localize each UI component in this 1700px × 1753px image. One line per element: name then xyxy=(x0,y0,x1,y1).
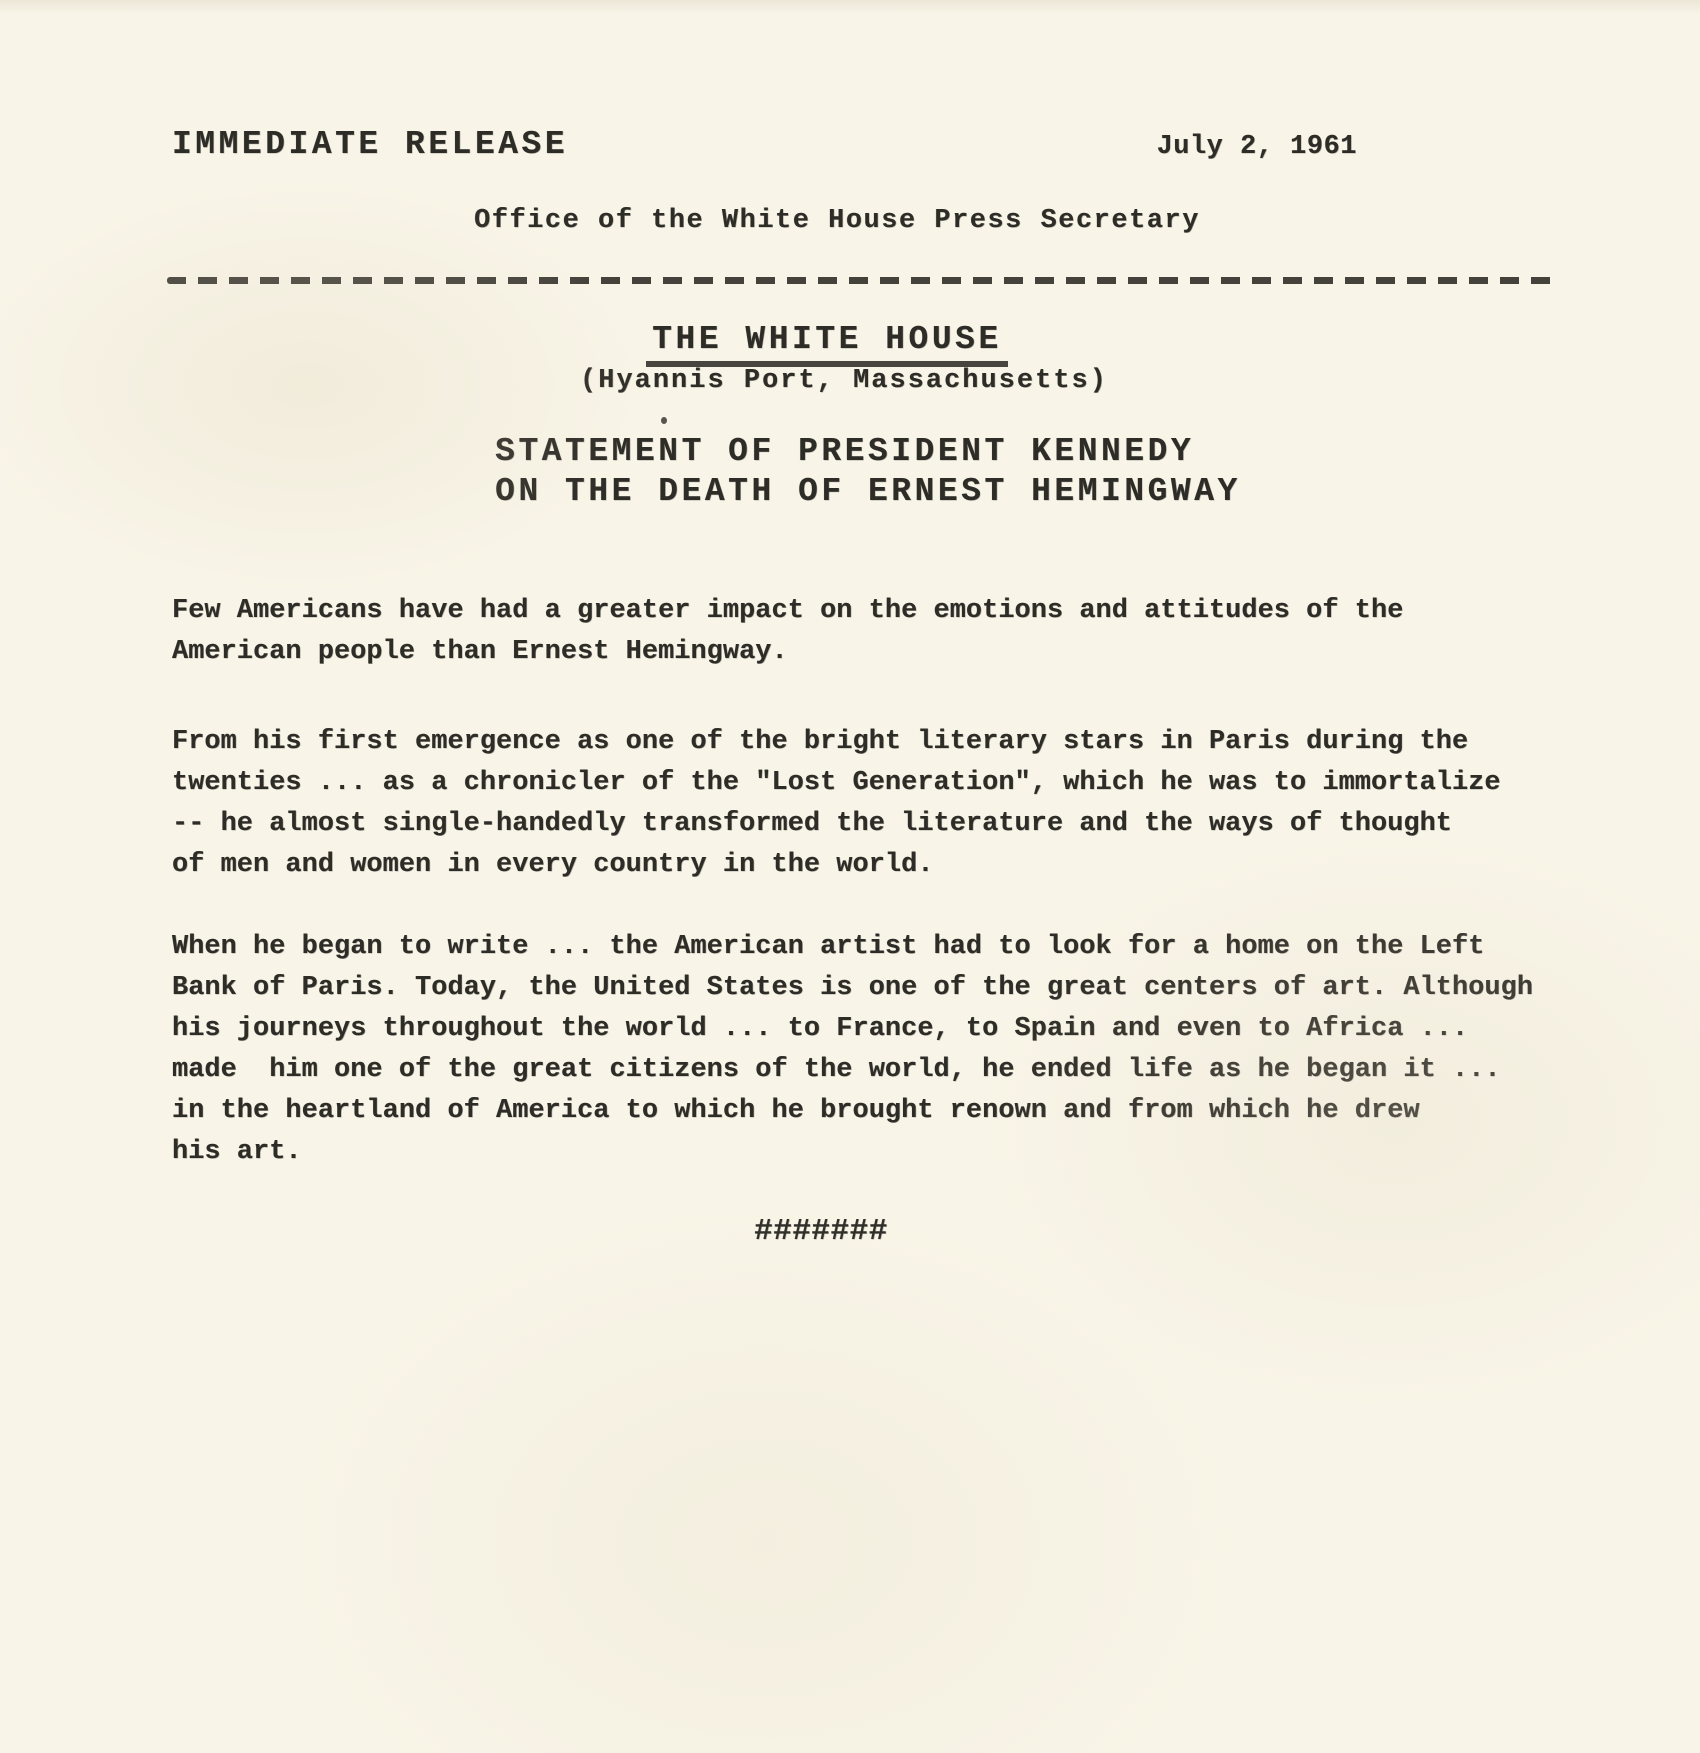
stray-ink-dot xyxy=(661,417,667,424)
statement-title-row: STATEMENT OF PRESIDENT KENNEDY ON THE DE… xyxy=(170,432,1530,512)
end-mark-row: ####### xyxy=(170,1216,1530,1247)
paragraph-2: From his first emergence as one of the b… xyxy=(172,722,1572,886)
location-subtitle: (Hyannis Port, Massachusetts) xyxy=(164,368,1524,395)
paragraph-3: When he began to write ... the American … xyxy=(172,927,1572,1173)
immediate-release-label: IMMEDIATE RELEASE xyxy=(172,128,568,161)
press-release-sheet: IMMEDIATE RELEASE July 2, 1961 Office of… xyxy=(0,0,1700,1753)
office-line: Office of the White House Press Secretar… xyxy=(157,208,1517,235)
paragraph-1: Few Americans have had a greater impact … xyxy=(172,591,1572,673)
header-row: IMMEDIATE RELEASE July 2, 1961 xyxy=(172,128,1357,161)
location-title-row: THE WHITE HOUSE xyxy=(170,323,1530,367)
statement-title: STATEMENT OF PRESIDENT KENNEDY ON THE DE… xyxy=(495,432,1241,512)
end-mark: ####### xyxy=(754,1216,888,1247)
date-label: July 2, 1961 xyxy=(1157,134,1357,161)
dashed-divider xyxy=(167,277,1562,284)
location-title: THE WHITE HOUSE xyxy=(646,323,1008,367)
